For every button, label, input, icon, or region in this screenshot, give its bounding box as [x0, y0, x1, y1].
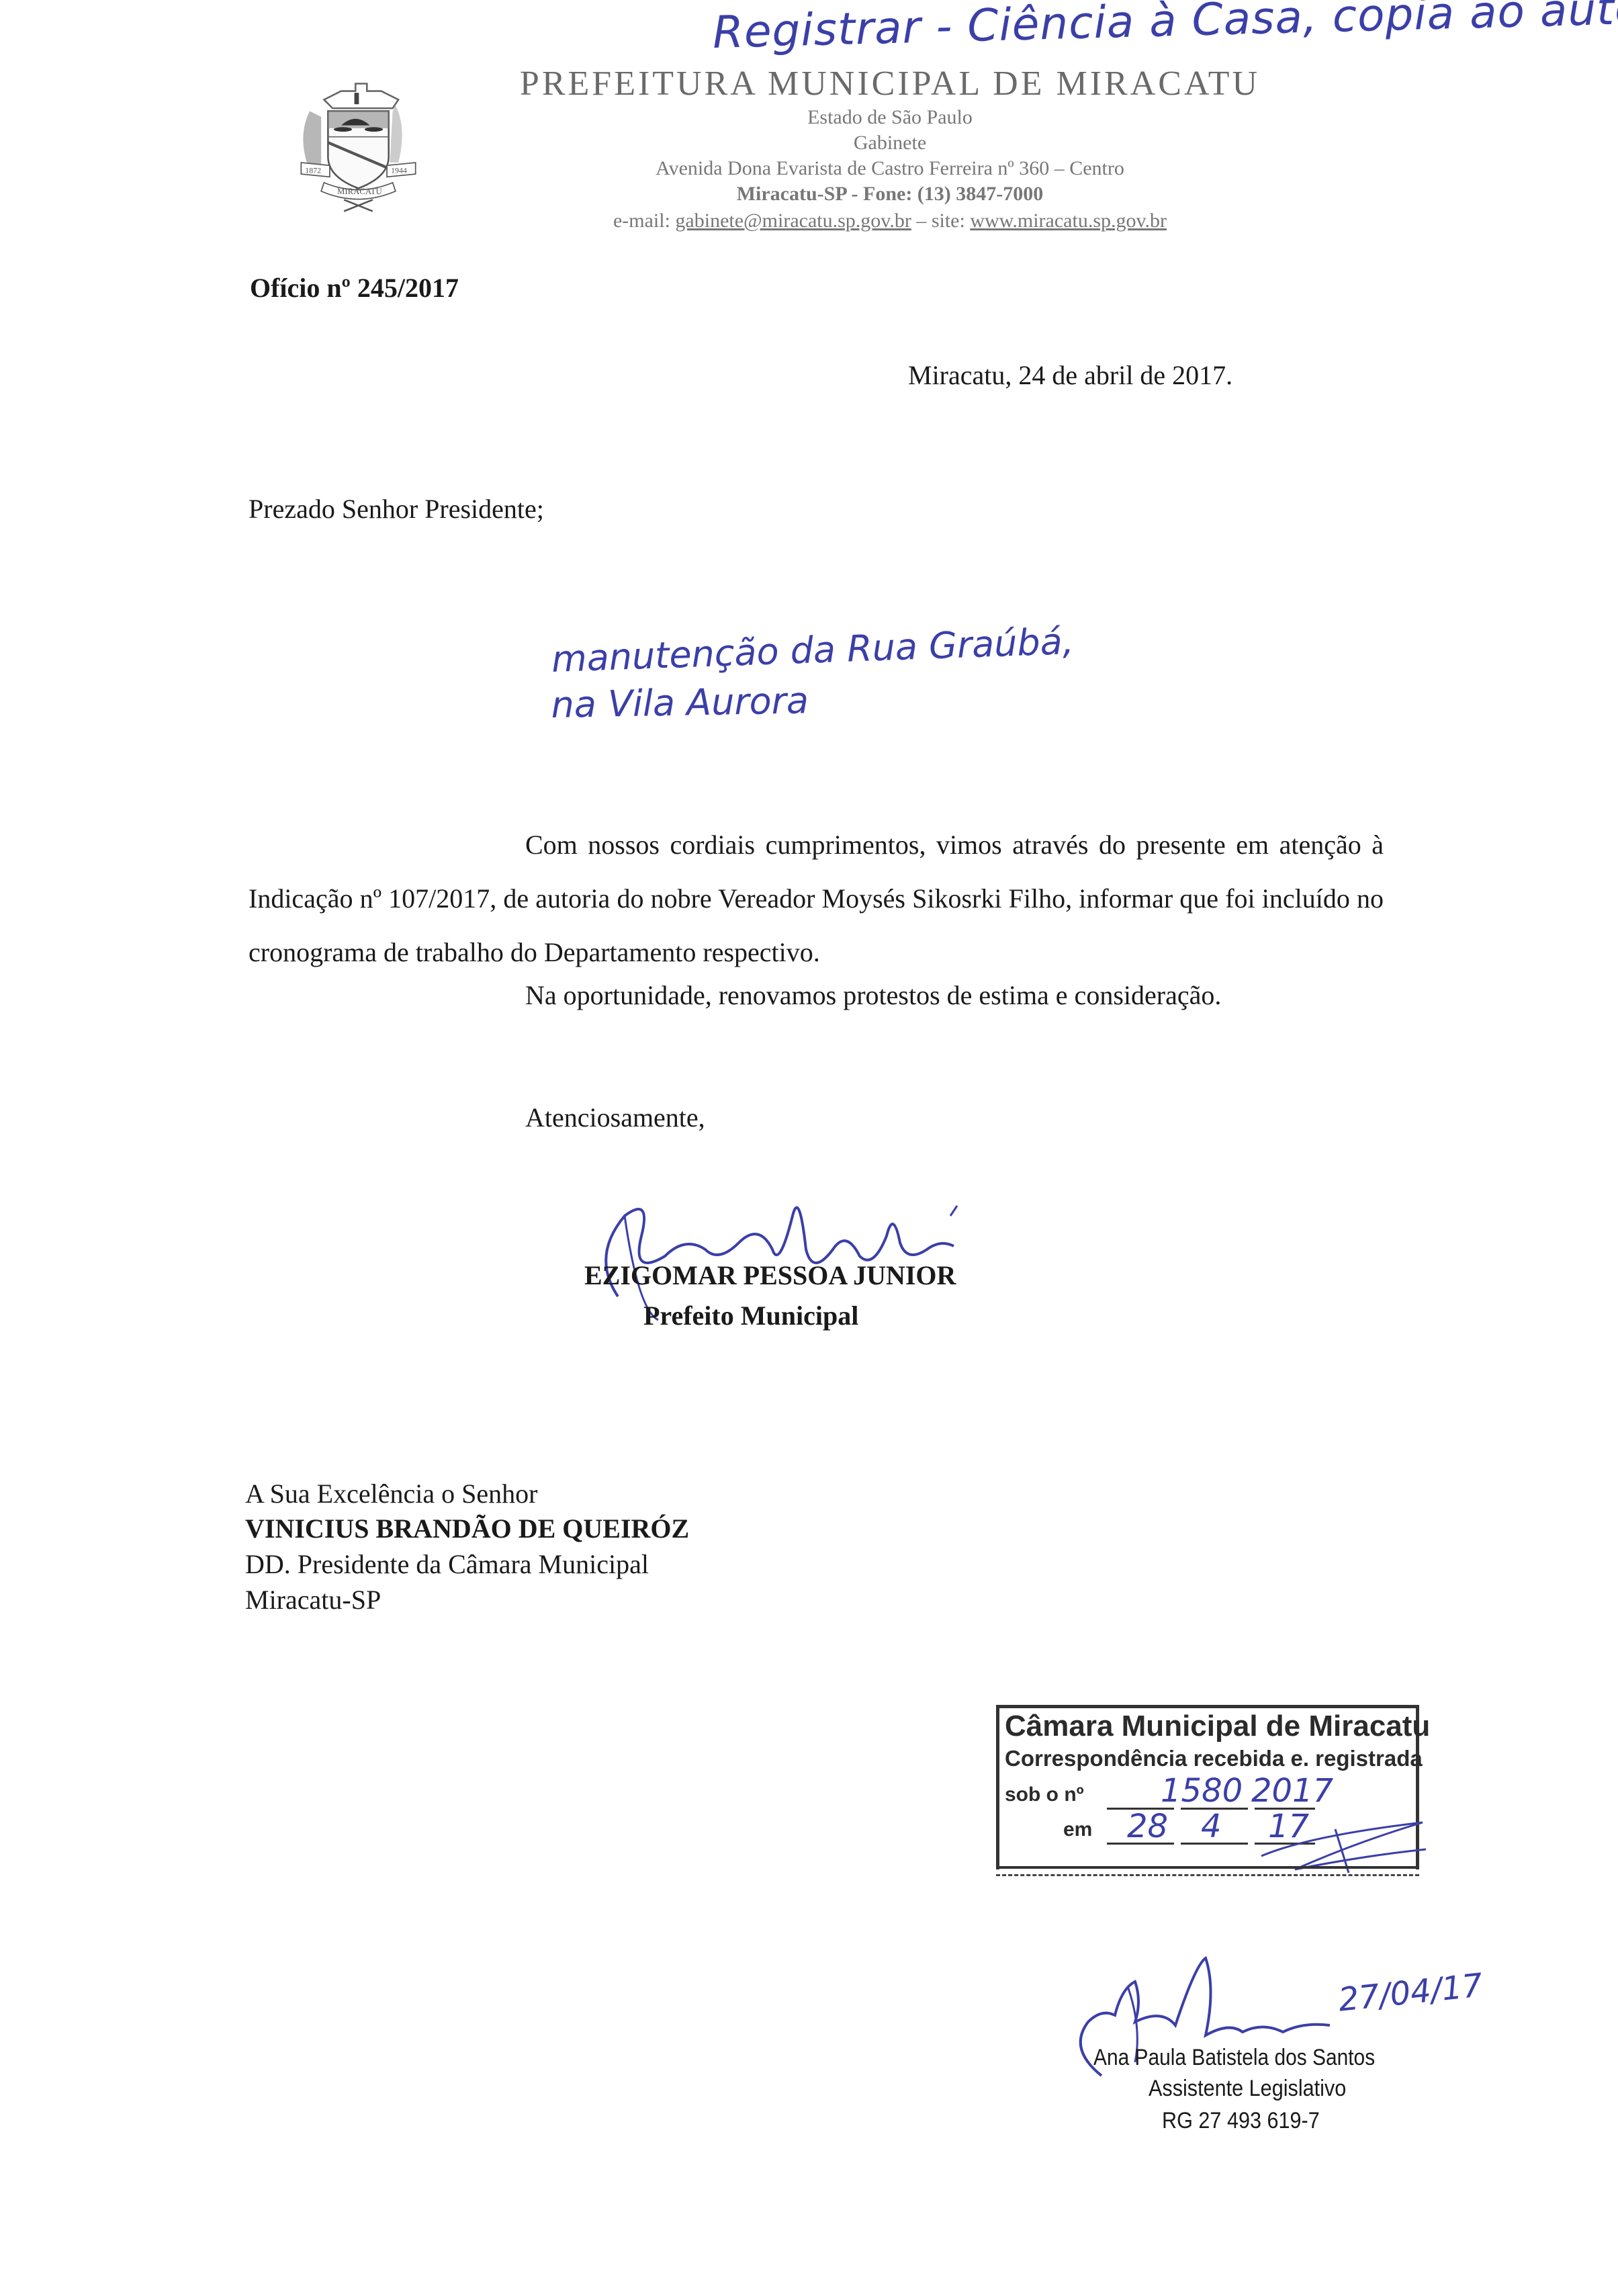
addressee-name: VINICIUS BRANDÃO DE QUEIRÓZ: [245, 1513, 689, 1544]
svg-text:1872: 1872: [305, 165, 321, 175]
letter-date: Miracatu, 24 de abril de 2017.: [908, 359, 1232, 391]
email-link[interactable]: gabinete@miracatu.sp.gov.br: [675, 210, 911, 232]
site-link[interactable]: www.miracatu.sp.gov.br: [970, 210, 1167, 232]
signer-name: EZIGOMAR PESSOA JUNIOR: [584, 1260, 956, 1291]
letterhead-city-phone: Miracatu-SP - Fone: (13) 3847-7000: [500, 183, 1279, 206]
addressee-line-1: A Sua Excelência o Senhor: [245, 1478, 537, 1509]
letterhead-contact: e-mail: gabinete@miracatu.sp.gov.br – si…: [500, 210, 1279, 232]
letterhead-state: Estado de São Paulo: [500, 106, 1279, 129]
letter-reference: Ofício nº 245/2017: [250, 272, 459, 304]
handwritten-subject-line-2: na Vila Aurora: [551, 679, 809, 726]
receiver-rg: RG 27 493 619-7: [1162, 2108, 1320, 2134]
stamp-number-value: 1580: [1161, 1772, 1243, 1810]
handwritten-annotation: Registrar - Ciência à Casa, copia ao aut…: [712, 0, 1618, 58]
stamp-date-day: 28: [1127, 1808, 1168, 1845]
municipal-crest-icon: 1872 1944 MIRACATU: [275, 71, 430, 232]
stamp-title: Câmara Municipal de Miracatu: [1005, 1710, 1430, 1743]
stamp-date-label: em: [1063, 1818, 1092, 1841]
site-label: – site:: [911, 210, 971, 232]
receiver-name: Ana Paula Batistela dos Santos: [1093, 2045, 1375, 2071]
addressee-city: Miracatu-SP: [245, 1584, 381, 1616]
stamp-number-year: 2017: [1251, 1772, 1333, 1810]
letterhead-department: Gabinete: [500, 132, 1279, 154]
stamp-subtitle: Correspondência recebida e. registrada: [1005, 1746, 1423, 1771]
email-label: e-mail:: [613, 210, 675, 232]
salutation: Prezado Senhor Presidente;: [249, 493, 544, 525]
reception-stamp: Câmara Municipal de Miracatu Correspondê…: [996, 1705, 1419, 1869]
body-paragraph-2: Na oportunidade, renovamos protestos de …: [525, 979, 1221, 1011]
signer-title: Prefeito Municipal: [643, 1300, 858, 1331]
letterhead-address: Avenida Dona Evarista de Castro Ferreira…: [500, 157, 1279, 180]
addressee-title: DD. Presidente da Câmara Municipal: [245, 1548, 649, 1580]
stamp-number-label: sob o nº: [1005, 1783, 1084, 1806]
letterhead-title: PREFEITURA MUNICIPAL DE MIRACATU: [500, 64, 1279, 103]
svg-text:MIRACATU: MIRACATU: [337, 187, 382, 196]
body-paragraph-1: Com nossos cordiais cumprimentos, vimos …: [249, 818, 1384, 979]
receiver-role: Assistente Legislativo: [1149, 2076, 1346, 2102]
stamp-date-month: 4: [1201, 1808, 1222, 1845]
stamp-border-bottom: [996, 1866, 1419, 1876]
svg-text:1944: 1944: [391, 165, 407, 175]
closing: Atenciosamente,: [525, 1102, 705, 1133]
handwritten-subject-line-1: manutenção da Rua Graúbá,: [551, 620, 1075, 680]
